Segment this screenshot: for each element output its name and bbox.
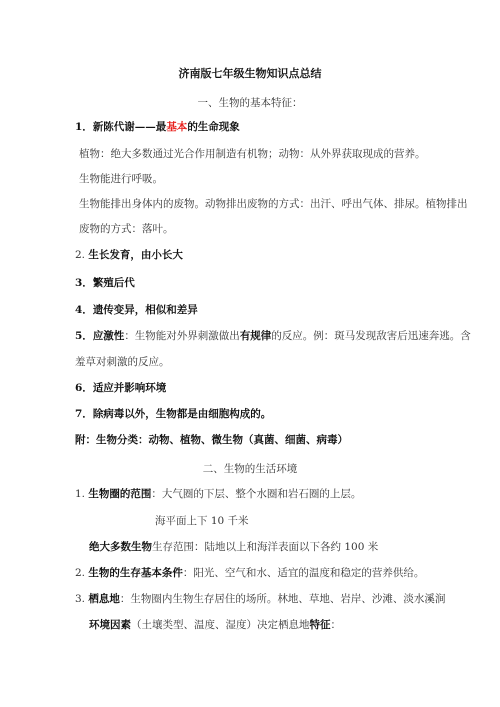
item-text: 生长发育，由小长大	[88, 249, 183, 261]
item-number: 7．	[75, 408, 93, 420]
item-text: ：大气圈的下层、整个水圈和岩石圈的上层。	[151, 488, 361, 500]
appendix-classification: 附：生物分类：动物、植物、微生物（真菌、细菌、病毒）	[75, 433, 348, 447]
highlight-text: 基本	[166, 121, 187, 133]
item-number: 3．	[75, 277, 93, 289]
item-biosphere-range: 1. 生物圈的范围：大气圈的下层、整个水圈和岩石圈的上层。	[75, 487, 361, 501]
item-text: ：生物圈内生物生存居住的场所。林地、草地、岩岸、沙滩、淡水溪涧	[120, 593, 446, 605]
item-text: （土壤类型、温度、湿度）决定栖息地	[131, 619, 310, 631]
item-text: 遗传变异，相似和差异	[93, 304, 198, 316]
item-text: ：生物能对外界刺激做出	[124, 330, 240, 342]
paragraph: 废物的方式：落叶。	[79, 222, 174, 236]
item-cells: 7．除病毒以外，生物都是由细胞构成的。	[75, 407, 271, 421]
paragraph: 绝大多数生物生存范围：陆地以上和海洋表面以下各约 100 米	[89, 540, 378, 554]
item-text: ：阳光、空气和水、适宜的温度和稳定的营养供给。	[183, 567, 425, 579]
item-number: 5．	[75, 330, 93, 342]
bold-text: 绝大多数生物	[89, 541, 152, 553]
item-number: 2.	[75, 249, 85, 261]
paragraph: 生物能进行呼吸。	[79, 172, 163, 186]
item-number: 4．	[75, 304, 93, 316]
bold-text: 有规律	[240, 330, 272, 342]
item-text: 除病毒以外，生物都是由细胞构成的。	[93, 408, 272, 420]
item-label: 生物圈的范围	[88, 488, 151, 500]
item-adaptation: 6．适应并影响环境	[75, 381, 166, 395]
item-text: 适应并影响环境	[93, 382, 167, 394]
item-number: 2.	[75, 567, 85, 579]
item-heredity: 4．遗传变异，相似和差异	[75, 303, 198, 317]
item-survival-conditions: 2. 生物的生存基本条件：阳光、空气和水、适宜的温度和稳定的营养供给。	[75, 566, 424, 580]
bold-text: 环境因素	[89, 619, 131, 631]
paragraph: 生物能排出身体内的废物。动物排出废物的方式：出汗、呼出气体、排尿。植物排出	[79, 197, 468, 211]
item-reproduction: 3．繁殖后代	[75, 276, 135, 290]
document-title: 济南版七年级生物知识点总结	[0, 67, 500, 81]
item-habitat: 3. 栖息地：生物圈内生物生存居住的场所。林地、草地、岩岸、沙滩、淡水溪涧	[75, 592, 445, 606]
item-text: 生存范围：陆地以上和海洋表面以下各约 100 米	[152, 541, 378, 553]
item-text: ：	[331, 619, 342, 631]
paragraph: 植物：绝大多数通过光合作用制造有机物；动物：从外界获取现成的营养。	[79, 147, 426, 161]
item-number: 6．	[75, 382, 93, 394]
item-growth: 2. 生长发育，由小长大	[75, 248, 183, 262]
item-number: 3.	[75, 593, 85, 605]
item-number: 1.	[75, 488, 85, 500]
item-irritability: 5．应激性：生物能对外界刺激做出有规律的反应。例：斑马发现敌害后迅速奔逃。含	[75, 329, 471, 343]
paragraph: 环境因素（土壤类型、温度、湿度）决定栖息地特征：	[89, 618, 341, 632]
item-text: 的反应。例：斑马发现敌害后迅速奔逃。含	[271, 330, 471, 342]
item-metabolism: 1．新陈代谢——最基本的生命现象	[75, 120, 240, 134]
item-label: 应激性	[93, 330, 125, 342]
paragraph: 羞草对刺激的反应。	[75, 355, 170, 369]
item-number: 1．	[75, 121, 93, 133]
item-text: 繁殖后代	[93, 277, 135, 289]
item-text: 新陈代谢——最	[93, 121, 167, 133]
bold-text: 特征	[310, 619, 331, 631]
section-heading-1: 一、生物的基本特征：	[0, 96, 500, 110]
section-heading-2: 二、生物的生活环境	[0, 462, 500, 476]
item-label: 栖息地	[88, 593, 120, 605]
item-text: 的生命现象	[187, 121, 240, 133]
item-label: 生物的生存基本条件	[88, 567, 183, 579]
sub-note: 海平面上下 10 千米	[155, 514, 249, 528]
